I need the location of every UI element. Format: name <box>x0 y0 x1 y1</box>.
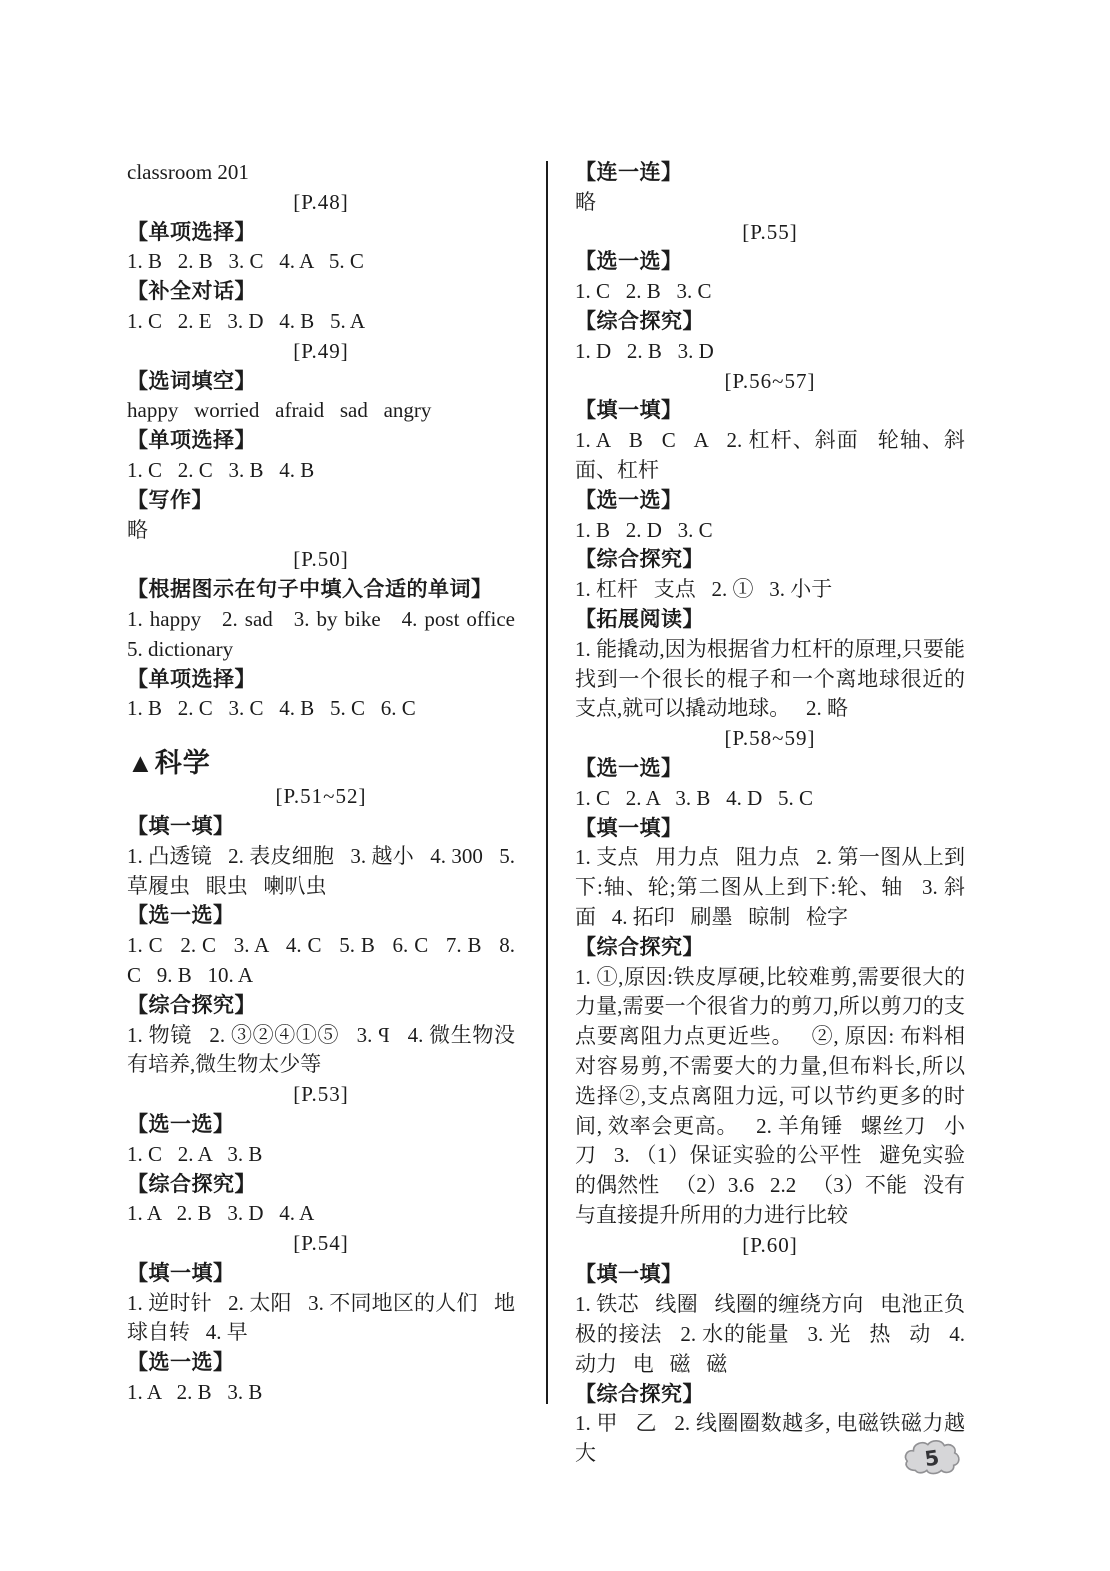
answer-line: 1. C 2. C 3. B 4. B <box>127 456 515 486</box>
page-reference: [P.51~52] <box>127 782 515 812</box>
mirrored-letter-p: P <box>378 1021 390 1051</box>
section-header: 【选一选】 <box>575 486 965 516</box>
section-header: 【填一填】 <box>127 812 515 842</box>
answer-line: happy worried afraid sad angry <box>127 396 515 426</box>
page-reference: [P.54] <box>127 1229 515 1259</box>
section-header: 【综合探究】 <box>127 991 515 1021</box>
answer-line: 1. happy 2. sad 3. by bike 4. post offic… <box>127 605 515 665</box>
page-number-cloud: 5 <box>901 1438 963 1476</box>
section-header: 【填一填】 <box>575 814 965 844</box>
answer-line: 1. A 2. B 3. B <box>127 1378 515 1408</box>
answer-line: 1. 凸透镜 2. 表皮细胞 3. 越小 4. 300 5. 草履虫 眼虫 喇叭… <box>127 842 515 902</box>
section-header: 【综合探究】 <box>127 1170 515 1200</box>
answer-line: 1. C 2. A 3. B 4. D 5. C <box>575 784 965 814</box>
page-reference: [P.53] <box>127 1080 515 1110</box>
section-header: 【根据图示在句子中填入合适的单词】 <box>127 575 515 605</box>
answer-line: classroom 201 <box>127 158 515 188</box>
page-reference: [P.50] <box>127 545 515 575</box>
left-column: classroom 201[P.48]【单项选择】1. B 2. B 3. C … <box>127 158 515 1408</box>
answer-line: 1. C 2. A 3. B <box>127 1140 515 1170</box>
answer-line: 1. B 2. C 3. C 4. B 5. C 6. C <box>127 694 515 724</box>
section-header: 【单项选择】 <box>127 665 515 695</box>
section-header: 【综合探究】 <box>575 1380 965 1410</box>
answer-line: 1. 能撬动,因为根据省力杠杆的原理,只要能找到一个很长的棍子和一个离地球很近的… <box>575 635 965 724</box>
section-header: 【填一填】 <box>575 396 965 426</box>
column-divider-line <box>546 161 548 1404</box>
answer-line: 1. C 2. B 3. C <box>575 277 965 307</box>
section-header: 【填一填】 <box>575 1260 965 1290</box>
answer-line: 1. D 2. B 3. D <box>575 337 965 367</box>
page-reference: [P.56~57] <box>575 367 965 397</box>
section-header: 【选一选】 <box>127 901 515 931</box>
section-header: 【综合探究】 <box>575 545 965 575</box>
answer-line: 1. B 2. B 3. C 4. A 5. C <box>127 247 515 277</box>
page-reference: [P.58~59] <box>575 724 965 754</box>
section-header: 【选词填空】 <box>127 367 515 397</box>
right-column: 【连一连】略[P.55]【选一选】1. C 2. B 3. C【综合探究】1. … <box>575 158 965 1469</box>
answer-line: 1. 铁芯 线圈 线圈的缠绕方向 电池正负极的接法 2. 水的能量 3. 光 热… <box>575 1290 965 1379</box>
section-header: 【连一连】 <box>575 158 965 188</box>
text-segment: 1. 物镜 2. ③②④①⑤ 3. <box>127 1023 378 1047</box>
answer-line: 1. C 2. C 3. A 4. C 5. B 6. C 7. B 8. C … <box>127 931 515 991</box>
answer-line: 1. B 2. D 3. C <box>575 516 965 546</box>
section-header: 【综合探究】 <box>575 307 965 337</box>
answer-line: 1. A B C A 2. 杠杆、斜面 轮轴、斜面、杠杆 <box>575 426 965 486</box>
answer-line: 1. 物镜 2. ③②④①⑤ 3. P 4. 微生物没有培养,微生物太少等 <box>127 1021 515 1081</box>
section-header: 【选一选】 <box>575 754 965 784</box>
section-header: 【写作】 <box>127 486 515 516</box>
section-header: 【单项选择】 <box>127 218 515 248</box>
section-header: 【选一选】 <box>575 247 965 277</box>
answer-line: 1. C 2. E 3. D 4. B 5. A <box>127 307 515 337</box>
subject-title: ▲科学 <box>127 746 515 780</box>
answer-line: 1. ①,原因:铁皮厚硬,比较难剪,需要很大的力量,需要一个很省力的剪刀,所以剪… <box>575 963 965 1231</box>
answer-line: 1. 杠杆 支点 2. ① 3. 小于 <box>575 575 965 605</box>
section-header: 【选一选】 <box>127 1110 515 1140</box>
section-header: 【单项选择】 <box>127 426 515 456</box>
answer-line: 1. A 2. B 3. D 4. A <box>127 1199 515 1229</box>
section-header: 【综合探究】 <box>575 933 965 963</box>
page-reference: [P.48] <box>127 188 515 218</box>
section-header: 【拓展阅读】 <box>575 605 965 635</box>
answer-line: 略 <box>127 516 515 546</box>
section-header: 【补全对话】 <box>127 277 515 307</box>
page-reference: [P.49] <box>127 337 515 367</box>
section-header: 【选一选】 <box>127 1348 515 1378</box>
answer-line: 1. 逆时针 2. 太阳 3. 不同地区的人们 地球自转 4. 早 <box>127 1289 515 1349</box>
answer-line: 略 <box>575 188 965 218</box>
page-reference: [P.55] <box>575 218 965 248</box>
page-reference: [P.60] <box>575 1231 965 1261</box>
cloud-icon: 5 <box>901 1438 963 1476</box>
answer-line: 1. 支点 用力点 阻力点 2. 第一图从上到下:轴、轮;第二图从上到下:轮、轴… <box>575 843 965 932</box>
document-page: classroom 201[P.48]【单项选择】1. B 2. B 3. C … <box>0 0 1110 1571</box>
section-header: 【填一填】 <box>127 1259 515 1289</box>
